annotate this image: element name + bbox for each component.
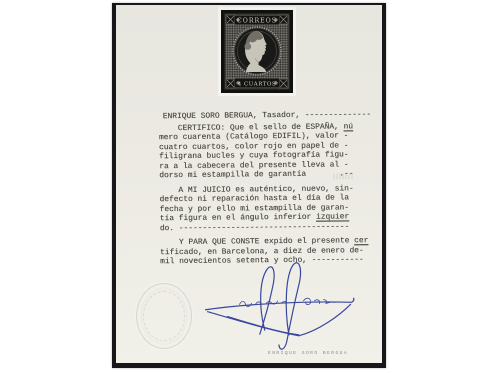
certificate-photo: CORREOS 4 CUARTOS ENRIQUE SORO BERGUA, T… bbox=[0, 0, 500, 374]
certificate-paper: CORREOS 4 CUARTOS ENRIQUE SORO BERGUA, T… bbox=[112, 3, 386, 368]
embossed-seal bbox=[136, 283, 192, 349]
paper-content: CORREOS 4 CUARTOS ENRIQUE SORO BERGUA, T… bbox=[116, 5, 382, 363]
printed-expert-name: ENRIQUE SORO BERGUA bbox=[268, 351, 348, 356]
